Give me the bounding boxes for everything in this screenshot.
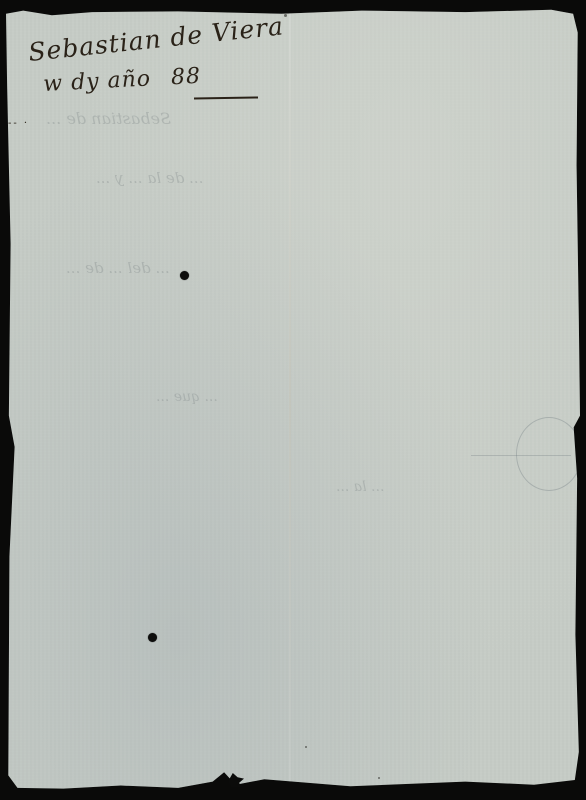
- bleed-through-text: Sebastian de ...: [46, 109, 171, 128]
- manuscript-page: Sebastian de ... ... de la ... y ... ...…: [6, 9, 580, 791]
- center-fold: [289, 9, 291, 791]
- seal-outline: [516, 417, 582, 491]
- margin-mark: -- ·: [8, 118, 29, 129]
- handwritten-year: 88: [170, 64, 201, 91]
- bleed-through-text: ... de la ... y ...: [96, 169, 203, 187]
- ink-speck: [305, 746, 307, 748]
- punch-hole: [180, 271, 189, 280]
- bleed-through-text: ... la ...: [336, 479, 384, 495]
- punch-hole: [148, 633, 157, 642]
- bleed-through-text: ... que ...: [156, 389, 218, 405]
- ink-speck: [378, 777, 380, 779]
- ink-speck: [284, 14, 287, 17]
- bleed-through-text: ... del ... de ...: [66, 259, 170, 277]
